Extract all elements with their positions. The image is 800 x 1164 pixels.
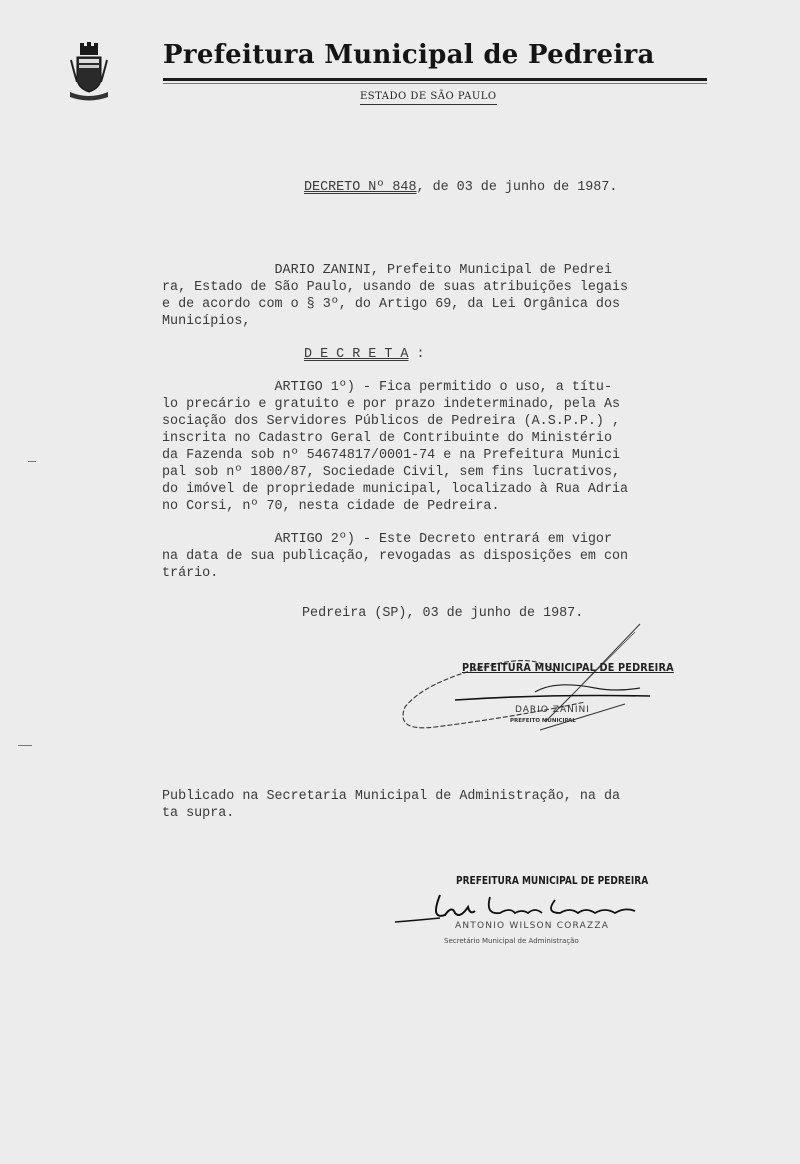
decree-heading: DECRETO Nº 848, de 03 de junho de 1987.: [304, 180, 617, 197]
article1-line: sociação dos Servidores Públicos de Pedr…: [162, 414, 620, 431]
letterhead-rule-thin: [163, 83, 707, 84]
mayor-stamp: PREFEITURA MUNICIPAL DE PEDREIRA: [462, 662, 674, 674]
mayor-role: PREFEITO MUNICIPAL: [510, 718, 576, 724]
decree-date: , de 03 de junho de 1987.: [417, 180, 618, 195]
article1-line: no Corsi, nº 70, nesta cidade de Pedreir…: [162, 499, 500, 516]
preamble-line: e de acordo com o § 3º, do Artigo 69, da…: [162, 297, 620, 314]
article1-line: lo precário e gratuito e por prazo indet…: [162, 397, 620, 414]
article1-line: ARTIGO 1º) - Fica permitido o uso, a tít…: [162, 380, 612, 397]
letterhead-rule: [163, 78, 707, 81]
decreta-heading: D E C R E T A :: [304, 347, 425, 364]
municipal-coat-of-arms-icon: [68, 42, 110, 102]
article2-line: trário.: [162, 566, 218, 583]
secretary-role: Secretário Municipal de Administração: [444, 937, 579, 945]
article1-line: inscrita no Cadastro Geral de Contribuin…: [162, 431, 612, 448]
letterhead-title: Prefeitura Municipal de Pedreira: [163, 40, 655, 70]
decree-number: DECRETO Nº 848: [304, 180, 417, 195]
decree-document: Prefeitura Municipal de Pedreira ESTADO …: [0, 0, 800, 1164]
article2-line: na data de sua publicação, revogadas as …: [162, 549, 628, 566]
article1-line: pal sob nº 1800/87, Sociedade Civil, sem…: [162, 465, 620, 482]
mayor-name: DARIO ZANINI: [515, 705, 590, 715]
preamble-line: ra, Estado de São Paulo, usando de suas …: [162, 280, 628, 297]
publication-line: ta supra.: [162, 806, 234, 823]
article2-line: ARTIGO 2º) - Este Decreto entrará em vig…: [162, 532, 612, 549]
letterhead-subtitle: ESTADO DE SÃO PAULO: [360, 91, 497, 105]
place-date: Pedreira (SP), 03 de junho de 1987.: [302, 606, 583, 623]
secretary-name: ANTONIO WILSON CORAZZA: [455, 921, 609, 931]
article1-line: da Fazenda sob nº 54674817/0001-74 e na …: [162, 448, 620, 465]
preamble-line: Municípios,: [162, 314, 250, 331]
publication-line: Publicado na Secretaria Municipal de Adm…: [162, 789, 620, 806]
scan-speck: [28, 461, 36, 462]
preamble-line: DARIO ZANINI, Prefeito Municipal de Pedr…: [162, 263, 612, 280]
scan-speck: [18, 745, 32, 746]
article1-line: do imóvel de propriedade municipal, loca…: [162, 482, 628, 499]
